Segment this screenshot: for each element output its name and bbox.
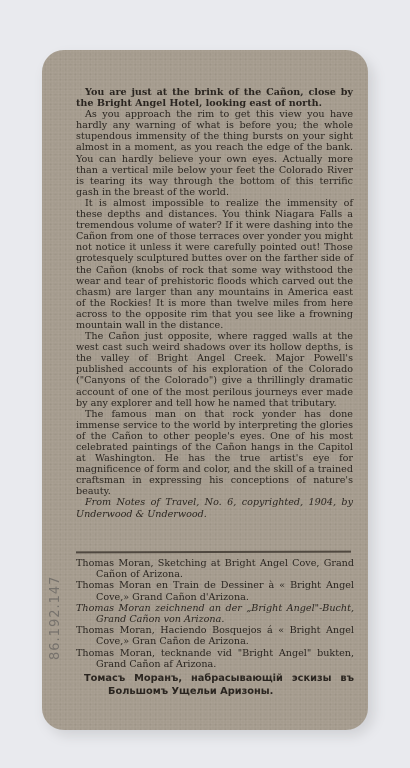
multilingual-captions: Thomas Moran, Sketching at Bright Angel … xyxy=(76,558,354,698)
paragraph-bright-angel-creek: The Cañon just opposite, where ragged wa… xyxy=(76,331,353,409)
caption-english: Thomas Moran, Sketching at Bright Angel … xyxy=(76,558,354,580)
stereoview-card-back: You are just at the brink of the Cañon, … xyxy=(42,50,368,730)
pencil-accession-number: 86.192.147 xyxy=(48,576,63,660)
caption-french: Thomas Moran en Train de Dessiner à « Br… xyxy=(76,580,354,602)
description-text: You are just at the brink of the Cañon, … xyxy=(76,87,353,520)
caption-swedish: Thomas Moran, tecknande vid "Bright Ange… xyxy=(76,648,354,670)
copyright-credit: From Notes of Travel, No. 6, copyrighted… xyxy=(76,497,353,519)
paragraph-famous-man: The famous man on that rock yonder has d… xyxy=(76,409,353,498)
lead-paragraph: You are just at the brink of the Cañon, … xyxy=(76,87,353,109)
caption-spanish: Thomas Moran, Haciendo Bosquejos á « Bri… xyxy=(76,625,354,647)
divider-rule xyxy=(76,551,351,554)
paragraph-approach: As you approach the rim to get this view… xyxy=(76,109,353,198)
caption-russian: Томасъ Моранъ, набрасывающій эскизы въ Б… xyxy=(76,672,354,698)
paragraph-immensity: It is almost impossible to realize the i… xyxy=(76,198,353,331)
caption-german: Thomas Moran zeichnend an der „Bright An… xyxy=(76,603,354,625)
